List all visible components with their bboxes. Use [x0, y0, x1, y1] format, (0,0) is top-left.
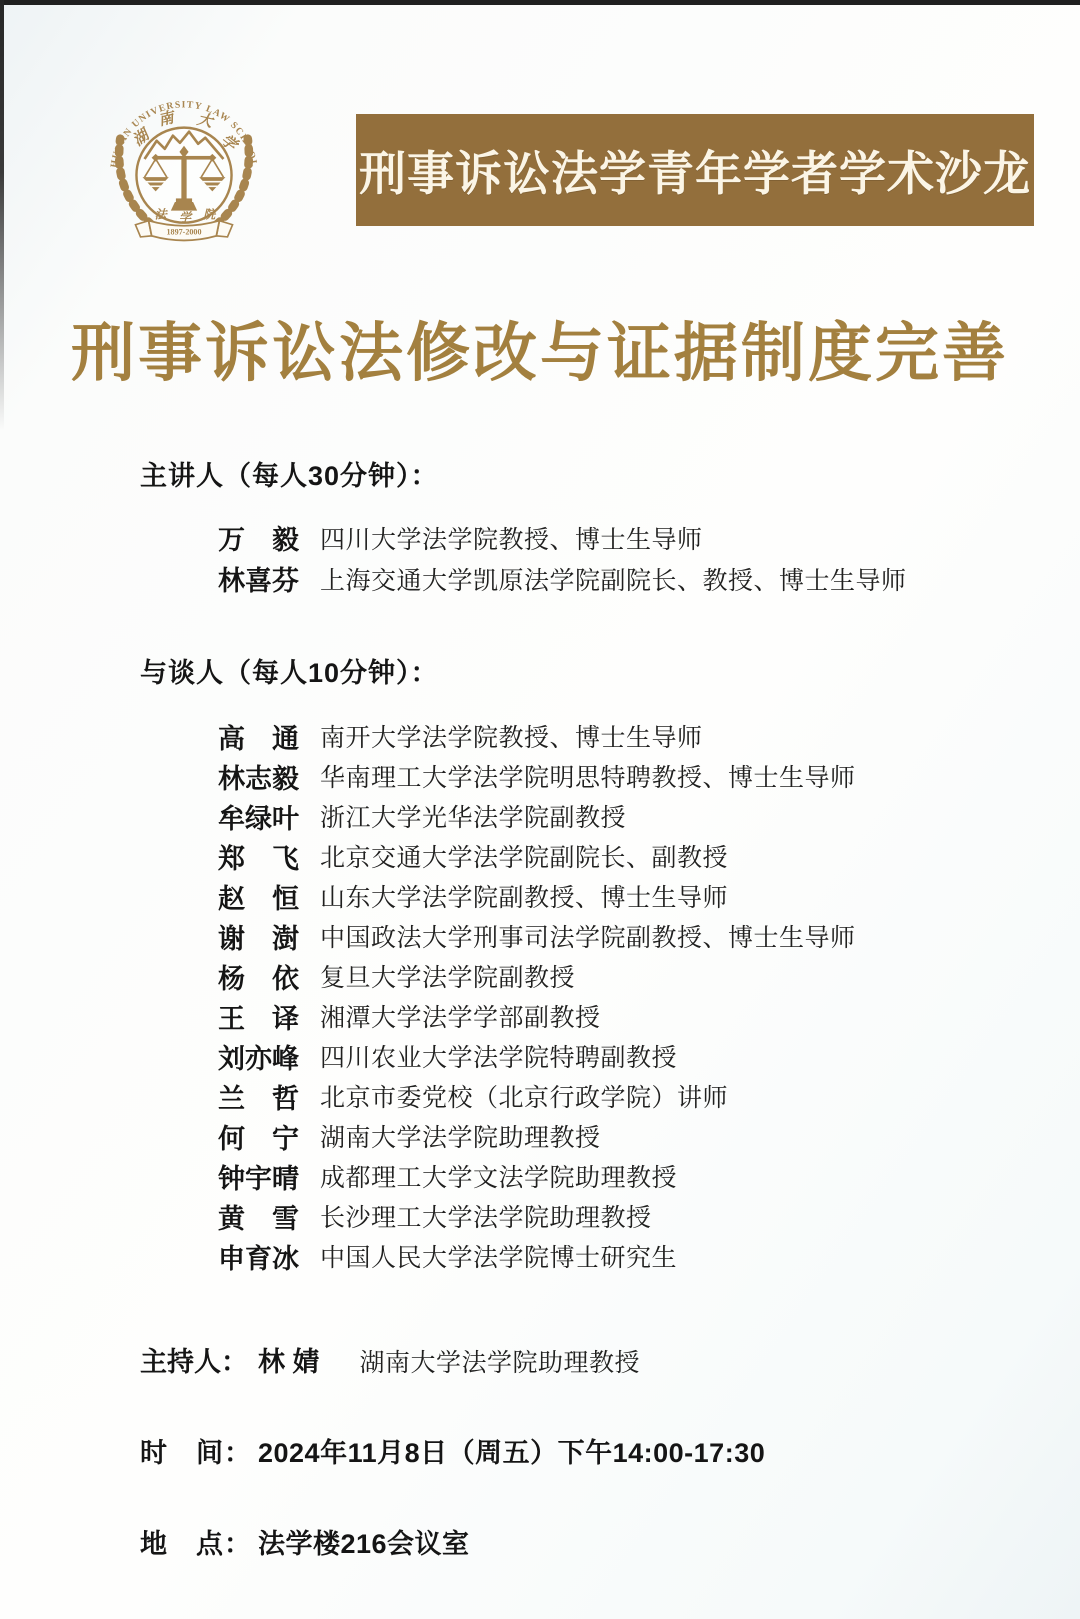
svg-text:学: 学 [179, 211, 193, 225]
seal-years: 1897-2000 [166, 227, 201, 236]
person-affiliation: 北京交通大学法学院副院长、副教授 [320, 838, 728, 874]
discussant-row: 刘亦峰 四川农业大学法学院特聘副教授 [218, 1036, 1040, 1076]
discussant-row: 郑 飞 北京交通大学法学院副院长、副教授 [218, 836, 1040, 876]
discussants-section-label: 与谈人（每人10分钟）： [140, 651, 1040, 690]
discussant-row: 王 译 湘潭大学法学学部副教授 [218, 996, 1040, 1036]
discussant-row: 林志毅 华南理工大学法学院明思特聘教授、博士生导师 [218, 756, 1040, 796]
speakers-list: 万 毅 四川大学法学院教授、博士生导师 林喜芬 上海交通大学凯原法学院副院长、教… [140, 517, 1040, 599]
venue-label: 地 点： [140, 1522, 252, 1561]
person-name: 兰 哲 [218, 1077, 320, 1116]
person-affiliation: 浙江大学光华法学院副教授 [320, 798, 626, 834]
photo-edge-top [0, 0, 1080, 5]
discussant-row: 谢 澍 中国政法大学刑事司法学院副教授、博士生导师 [218, 916, 1040, 956]
person-affiliation: 湘潭大学法学学部副教授 [320, 998, 601, 1034]
time-value: 2024年11月8日（周五）下午14:00-17:30 [258, 1431, 765, 1470]
person-affiliation: 长沙理工大学法学院助理教授 [320, 1198, 652, 1234]
moderator-line: 主持人： 林 婧 湖南大学法学院助理教授 [140, 1340, 1040, 1379]
moderator-affiliation: 湖南大学法学院助理教授 [360, 1343, 641, 1379]
time-label: 时 间： [140, 1431, 252, 1470]
person-name: 万 毅 [218, 518, 320, 557]
person-name: 刘亦峰 [218, 1037, 320, 1076]
person-name: 高 通 [218, 717, 320, 756]
person-affiliation: 四川农业大学法学院特聘副教授 [320, 1038, 677, 1074]
time-line: 时 间： 2024年11月8日（周五）下午14:00-17:30 [140, 1431, 1040, 1470]
person-affiliation: 复旦大学法学院副教授 [320, 958, 575, 994]
person-name: 申育冰 [218, 1237, 320, 1276]
speaker-row: 林喜芬 上海交通大学凯原法学院副院长、教授、博士生导师 [218, 558, 1040, 599]
event-series-banner: 刑事诉讼法学青年学者学术沙龙 [356, 114, 1034, 226]
person-name: 杨 依 [218, 957, 320, 996]
svg-text:大: 大 [194, 111, 215, 132]
person-name: 赵 恒 [218, 877, 320, 916]
event-series-title: 刑事诉讼法学青年学者学术沙龙 [359, 137, 1031, 204]
discussant-row: 赵 恒 山东大学法学院副教授、博士生导师 [218, 876, 1040, 916]
person-name: 钟宇晴 [218, 1157, 320, 1196]
person-affiliation: 南开大学法学院教授、博士生导师 [320, 718, 703, 754]
discussants-list: 高 通 南开大学法学院教授、博士生导师 林志毅 华南理工大学法学院明思特聘教授、… [140, 716, 1040, 1276]
venue-line: 地 点： 法学楼216会议室 [140, 1522, 1040, 1561]
speakers-section-label: 主讲人（每人30分钟）： [140, 454, 1040, 493]
person-affiliation: 中国政法大学刑事司法学院副教授、博士生导师 [320, 918, 856, 954]
page-title: 刑事诉讼法修改与证据制度完善 [0, 302, 1080, 394]
person-affiliation: 华南理工大学法学院明思特聘教授、博士生导师 [320, 758, 856, 794]
discussant-row: 申育冰 中国人民大学法学院博士研究生 [218, 1236, 1040, 1276]
person-name: 林喜芬 [218, 559, 320, 598]
university-seal: HUNAN UNIVERSITY LAW SCHOOL 湖 南 大 学 [98, 76, 270, 248]
person-affiliation: 四川大学法学院教授、博士生导师 [320, 520, 703, 556]
svg-text:法: 法 [155, 208, 169, 222]
person-name: 王 译 [218, 997, 320, 1036]
discussant-row: 杨 依 复旦大学法学院副教授 [218, 956, 1040, 996]
person-affiliation: 山东大学法学院副教授、博士生导师 [320, 878, 728, 914]
discussant-row: 黄 雪 长沙理工大学法学院助理教授 [218, 1196, 1040, 1236]
discussant-row: 钟宇晴 成都理工大学文法学院助理教授 [218, 1156, 1040, 1196]
discussant-row: 牟绿叶 浙江大学光华法学院副教授 [218, 796, 1040, 836]
discussant-row: 兰 哲 北京市委党校（北京行政学院）讲师 [218, 1076, 1040, 1116]
person-name: 林志毅 [218, 757, 320, 796]
person-name: 郑 飞 [218, 837, 320, 876]
person-affiliation: 中国人民大学法学院博士研究生 [320, 1238, 677, 1274]
person-affiliation: 上海交通大学凯原法学院副院长、教授、博士生导师 [320, 561, 907, 597]
moderator-name: 林 婧 [258, 1340, 320, 1379]
person-affiliation: 湖南大学法学院助理教授 [320, 1118, 601, 1154]
person-name: 谢 澍 [218, 917, 320, 956]
discussant-row: 何 宁 湖南大学法学院助理教授 [218, 1116, 1040, 1156]
speaker-row: 万 毅 四川大学法学院教授、博士生导师 [218, 517, 1040, 558]
person-affiliation: 成都理工大学文法学院助理教授 [320, 1158, 677, 1194]
poster-body: 主讲人（每人30分钟）： 万 毅 四川大学法学院教授、博士生导师 林喜芬 上海交… [140, 440, 1040, 1561]
discussant-row: 高 通 南开大学法学院教授、博士生导师 [218, 716, 1040, 756]
seal-inner-characters: 法 学 院 [155, 208, 219, 225]
person-affiliation: 北京市委党校（北京行政学院）讲师 [320, 1078, 728, 1114]
venue-value: 法学楼216会议室 [258, 1522, 470, 1561]
person-name: 何 宁 [218, 1117, 320, 1156]
moderator-label: 主持人： [140, 1340, 248, 1379]
person-name: 牟绿叶 [218, 797, 320, 836]
person-name: 黄 雪 [218, 1197, 320, 1236]
poster-background: HUNAN UNIVERSITY LAW SCHOOL 湖 南 大 学 [0, 0, 1080, 1619]
